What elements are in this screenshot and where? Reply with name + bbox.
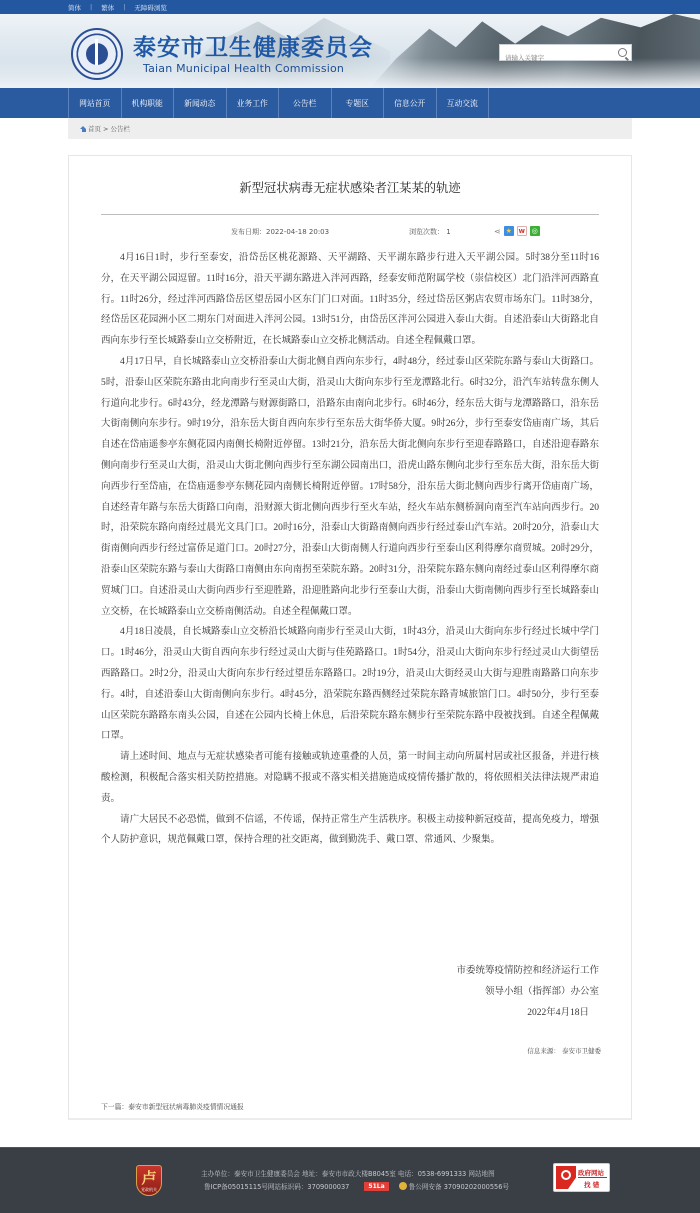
footer-sponsor-info: 主办单位：泰安市卫生健康委员会 地址：泰安市市政大楼B8045室 电话：0538… bbox=[201, 1168, 495, 1178]
signature-org: 市委统筹疫情防控和经济运行工作 bbox=[456, 961, 599, 982]
signature-block: 市委统筹疫情防控和经济运行工作 领导小组（指挥部）办公室 2022年4月18日 bbox=[456, 961, 599, 1023]
signature-office: 领导小组（指挥部）办公室 bbox=[456, 982, 599, 1003]
traditional-chinese-link[interactable]: 繁体 bbox=[101, 3, 114, 12]
51la-stats-badge[interactable]: 51La bbox=[364, 1182, 388, 1191]
search-input[interactable] bbox=[500, 51, 610, 66]
gov-site-error-report-button[interactable]: 政府网站 找 错 bbox=[553, 1163, 610, 1192]
commission-logo[interactable] bbox=[71, 28, 123, 80]
nav-item-interaction[interactable]: 互动交流 bbox=[437, 88, 490, 118]
divider: | bbox=[90, 3, 92, 11]
next-article-label: 下一篇： bbox=[101, 1103, 128, 1111]
article-body: 4月16日1时，步行至泰安，沿岱岳区桃花源路、天平湖路、天平湖东路步行进入天平湖… bbox=[101, 248, 599, 851]
article-paragraph: 4月17日早，自长城路泰山立交桥沿泰山大街北侧自西向东步行，4时48分，经过泰山… bbox=[101, 352, 599, 622]
article-paragraph: 请广大居民不必恐慌，做到不信谣，不传谣，保持正常生产生活秩序。积极主动接种新冠疫… bbox=[101, 810, 599, 852]
share-icon: ⋖ bbox=[494, 227, 501, 236]
site-subtitle: Taian Municipal Health Commission bbox=[143, 62, 344, 75]
publish-date: 发布日期：2022-04-18 20:03 bbox=[231, 227, 329, 237]
simplified-chinese-link[interactable]: 简体 bbox=[68, 3, 81, 12]
logo-emblem-icon bbox=[86, 43, 108, 65]
nav-item-info-disclosure[interactable]: 信息公开 bbox=[384, 88, 437, 118]
breadcrumb-current[interactable]: 公告栏 bbox=[110, 124, 130, 133]
magnifier-icon bbox=[561, 1170, 571, 1180]
breadcrumb-separator: > bbox=[103, 125, 108, 133]
article-meta: 发布日期：2022-04-18 20:03 浏览次数： 1 ⋖ ★ w ◎ bbox=[69, 224, 631, 240]
search-icon[interactable] bbox=[618, 48, 627, 57]
divider: | bbox=[123, 3, 125, 11]
site-title[interactable]: 泰安市卫生健康委员会 bbox=[133, 29, 373, 62]
search-box bbox=[499, 44, 632, 61]
footer-registration: 鲁ICP备05015115号网站标识码：3709000037 51La 鲁公网安… bbox=[204, 1181, 509, 1191]
nav-item-bulletin[interactable]: 公告栏 bbox=[279, 88, 332, 118]
article-paragraph: 4月18日凌晨，自长城路泰山立交桥沿长城路向南步行至灵山大街，1时43分，沿灵山… bbox=[101, 622, 599, 747]
breadcrumb-home[interactable]: 首页 bbox=[88, 124, 101, 133]
police-badge-icon bbox=[399, 1182, 407, 1190]
article-paragraph: 4月16日1时，步行至泰安，沿岱岳区桃花源路、天平湖路、天平湖东路步行进入天平湖… bbox=[101, 248, 599, 352]
home-icon bbox=[80, 126, 87, 132]
title-divider bbox=[101, 214, 599, 215]
favorite-star-icon[interactable]: ★ bbox=[504, 226, 514, 236]
top-bar: 简体 | 繁体 | 无障碍浏览 bbox=[0, 0, 700, 14]
wechat-icon[interactable]: ◎ bbox=[530, 226, 540, 236]
nav-item-news[interactable]: 新闻动态 bbox=[174, 88, 227, 118]
footer: 卢 党政机关 主办单位：泰安市卫生健康委员会 地址：泰安市市政大楼B8045室 … bbox=[0, 1147, 700, 1213]
view-count: 浏览次数： 1 bbox=[409, 227, 451, 237]
weibo-icon[interactable]: w bbox=[517, 226, 527, 236]
breadcrumb: 首页 > 公告栏 bbox=[68, 118, 632, 139]
party-gov-badge-icon[interactable]: 卢 党政机关 bbox=[136, 1165, 162, 1196]
nav-item-business[interactable]: 业务工作 bbox=[227, 88, 280, 118]
main-nav: 网站首页 机构职能 新闻动态 业务工作 公告栏 专题区 信息公开 互动交流 bbox=[0, 88, 700, 118]
article-container: 新型冠状病毒无症状感染者江某某的轨迹 发布日期：2022-04-18 20:03… bbox=[68, 155, 632, 1120]
police-record-number[interactable]: 鲁公网安备 37090202000556号 bbox=[409, 1181, 509, 1191]
article-title: 新型冠状病毒无症状感染者江某某的轨迹 bbox=[69, 178, 631, 196]
header-banner: 泰安市卫生健康委员会 Taian Municipal Health Commis… bbox=[0, 14, 700, 88]
icp-number[interactable]: 鲁ICP备05015115号网站标识码：3709000037 bbox=[204, 1181, 349, 1191]
accessibility-link[interactable]: 无障碍浏览 bbox=[134, 3, 167, 12]
next-article: 下一篇：泰安市新型冠状病毒肺炎疫情情况通报 bbox=[101, 1101, 244, 1111]
next-article-link[interactable]: 泰安市新型冠状病毒肺炎疫情情况通报 bbox=[128, 1103, 244, 1111]
nav-item-functions[interactable]: 机构职能 bbox=[122, 88, 175, 118]
nav-item-home[interactable]: 网站首页 bbox=[69, 88, 122, 118]
share-bar: ⋖ ★ w ◎ bbox=[494, 226, 540, 236]
article-paragraph: 请上述时间、地点与无症状感染者可能有接触或轨迹重叠的人员，第一时间主动向所属村居… bbox=[101, 747, 599, 809]
nav-item-topics[interactable]: 专题区 bbox=[332, 88, 385, 118]
info-source: 信息来源： 泰安市卫健委 bbox=[527, 1046, 601, 1055]
signature-date: 2022年4月18日 bbox=[456, 1003, 589, 1024]
